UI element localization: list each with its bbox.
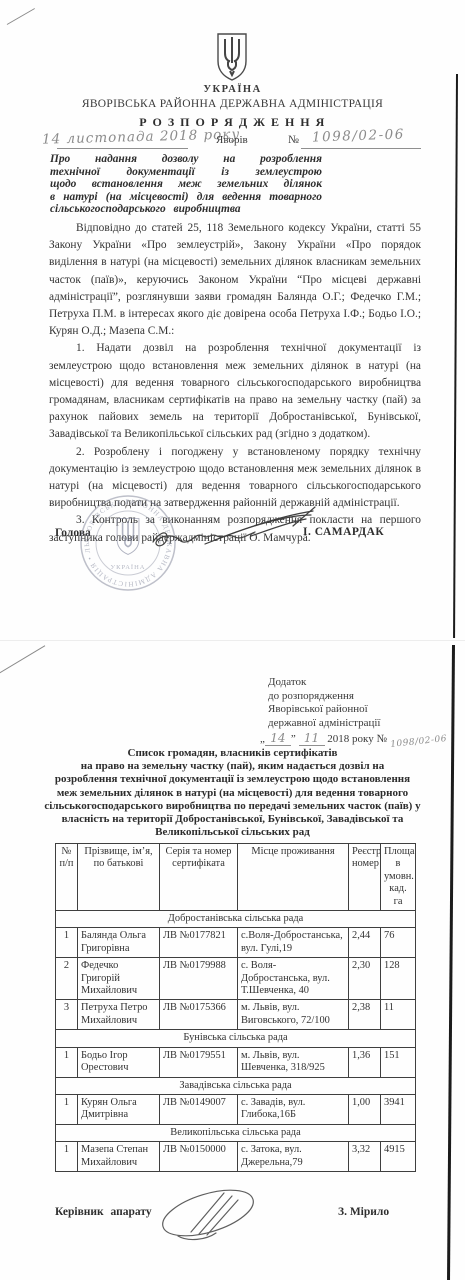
appendix-day: 14 — [265, 731, 291, 746]
paragraph-item-1: 1. Надати дозвіл на розроблення технічно… — [49, 340, 421, 443]
cell-num: 3 — [56, 1000, 78, 1030]
cell-cert: ЛВ №0175366 — [160, 1000, 238, 1030]
list-title-line: власність на території Добростанівської,… — [25, 813, 440, 826]
list-title-line: на право на земельну частку (пай), яким … — [25, 760, 440, 773]
appendix-line: до розпорядження — [268, 690, 381, 704]
footer-signer-name: З. Мірило — [338, 1206, 389, 1218]
page-separator — [0, 640, 465, 641]
cell-cert: ЛВ №0177821 — [160, 928, 238, 958]
appendix-date-line: „14” 11 2018 року № 1098/02-06 — [260, 731, 447, 746]
cell-num: 2 — [56, 958, 78, 1000]
cell-area: 4915 — [381, 1142, 416, 1172]
date-underline — [57, 148, 188, 149]
section-row: Завадівська сільська рада — [56, 1077, 416, 1094]
section-row: Великопільська сільська рада — [56, 1124, 416, 1141]
cell-cert: ЛВ №0150000 — [160, 1142, 238, 1172]
cell-area: 11 — [381, 1000, 416, 1030]
list-title-line: меж земельних ділянок в натурі (на місце… — [25, 787, 440, 800]
fold-mark-top — [7, 8, 35, 25]
cell-cert: ЛВ №0179988 — [160, 958, 238, 1000]
col-header-reg: Реєстр. номер — [349, 844, 381, 911]
paragraph-preamble: Відповідно до статей 25, 118 Земельного … — [49, 220, 421, 340]
cell-cert: ЛВ №0149007 — [160, 1094, 238, 1124]
signer-name: І. САМАРДАК — [303, 526, 384, 538]
table-row: 1 Мазепа Степан Михайлович ЛВ №0150000 с… — [56, 1142, 416, 1172]
administration-name: ЯВОРІВСЬКА РАЙОННА ДЕРЖАВНА АДМІНІСТРАЦІ… — [0, 98, 465, 110]
col-header-num: № п/п — [56, 844, 78, 911]
table-row: 1 Балянда Ольга Григорівна ЛВ №0177821 с… — [56, 928, 416, 958]
cell-area: 128 — [381, 958, 416, 1000]
coat-of-arms-icon — [214, 32, 250, 82]
cell-reg: 1,00 — [349, 1094, 381, 1124]
cell-reg: 1,36 — [349, 1047, 381, 1077]
section-name: Завадівська сільська рада — [56, 1077, 416, 1094]
appendix-line: Яворівської районної — [268, 703, 381, 717]
cell-address: с. Затока, вул. Джерельна,79 — [238, 1142, 349, 1172]
section-name: Бунівська сільська рада — [56, 1030, 416, 1047]
table-row: 3 Петруха Петро Михайлович ЛВ №0175366 м… — [56, 1000, 416, 1030]
number-label: № — [288, 134, 299, 146]
order-title: Про надання дозволу на розроблення техні… — [50, 153, 322, 216]
list-title-line: Великопільської сільських рад — [25, 826, 440, 839]
order-title-line: щодо встановлення меж земельних ділянок — [50, 178, 322, 191]
cell-address: с. Завадів, вул. Глибока,16Б — [238, 1094, 349, 1124]
section-row: Добростанівська сільська рада — [56, 911, 416, 928]
table-header-row: № п/п Прізвище, ім’я, по батькові Серія … — [56, 844, 416, 911]
cell-address: м. Львів, вул. Виговського, 72/100 — [238, 1000, 349, 1030]
cell-cert: ЛВ №0179551 — [160, 1047, 238, 1077]
order-title-line: сільськогосподарського виробництва — [50, 203, 322, 216]
col-header-name: Прізвище, ім’я, по батькові — [78, 844, 160, 911]
cell-num: 1 — [56, 1142, 78, 1172]
cell-reg: 2,38 — [349, 1000, 381, 1030]
cell-reg: 2,44 — [349, 928, 381, 958]
issue-city: Яворів — [216, 134, 248, 146]
table-row: 1 Бодьо Ігор Орестович ЛВ №0179551 м. Ль… — [56, 1047, 416, 1077]
appendix-line: державної адміністрації — [268, 717, 381, 731]
order-title-line: в натурі (на місцевості) для ведення тов… — [50, 191, 322, 204]
cell-reg: 3,32 — [349, 1142, 381, 1172]
cell-area: 151 — [381, 1047, 416, 1077]
list-title-line: розроблення технічної документації із зе… — [25, 773, 440, 786]
section-row: Бунівська сільська рада — [56, 1030, 416, 1047]
table-row: 1 Курян Ольга Дмитрівна ЛВ №0149007 с. З… — [56, 1094, 416, 1124]
list-title: Список громадян, власників сертифікатів … — [25, 747, 440, 839]
scan-edge-page2 — [447, 645, 455, 1280]
appendix-year: 2018 року № — [327, 733, 387, 745]
table-row: 2 Федечко Григорій Михайлович ЛВ №017998… — [56, 958, 416, 1000]
fold-mark-page2 — [0, 645, 45, 675]
number-underline — [301, 148, 421, 149]
list-title-line: сільськогосподарського виробництва по пе… — [25, 800, 440, 813]
order-title-line: технічної документації із землеустрою — [50, 166, 322, 179]
cell-num: 1 — [56, 928, 78, 958]
cell-address: с.Воля-Добростанська, вул. Гулі,19 — [238, 928, 349, 958]
appendix-month: 11 — [299, 731, 325, 746]
country-name: УКРАЇНА — [0, 84, 465, 95]
cell-name: Балянда Ольга Григорівна — [78, 928, 160, 958]
list-title-line: Список громадян, власників сертифікатів — [25, 747, 440, 760]
stamp-inner-text: УКРАЇНА — [111, 564, 146, 571]
cell-name: Бодьо Ігор Орестович — [78, 1047, 160, 1077]
cell-name: Курян Ольга Дмитрівна — [78, 1094, 160, 1124]
handwritten-oval-signature — [148, 1180, 268, 1250]
col-header-area: Площа в умовн. кад. га — [381, 844, 416, 911]
section-name: Великопільська сільська рада — [56, 1124, 416, 1141]
handwritten-signature — [143, 502, 323, 554]
cell-address: м. Львів, вул. Шевченка, 318/925 — [238, 1047, 349, 1077]
cell-name: Мазепа Степан Михайлович — [78, 1142, 160, 1172]
handwritten-number: 1098/02-06 — [312, 126, 405, 145]
col-header-cert: Серія та номер сертифіката — [160, 844, 238, 911]
cell-name: Федечко Григорій Михайлович — [78, 958, 160, 1000]
quote-close: ” — [291, 733, 296, 745]
cell-num: 1 — [56, 1047, 78, 1077]
cell-address: с. Воля-Добростанська, вул. Т.Шевченка, … — [238, 958, 349, 1000]
appendix-header: Додаток до розпорядження Яворівської рай… — [268, 676, 381, 730]
cell-area: 76 — [381, 928, 416, 958]
cell-reg: 2,30 — [349, 958, 381, 1000]
cell-name: Петруха Петро Михайлович — [78, 1000, 160, 1030]
scan-edge-page1 — [453, 74, 458, 638]
scanned-document: УКРАЇНА ЯВОРІВСЬКА РАЙОННА ДЕРЖАВНА АДМІ… — [0, 0, 465, 1280]
order-title-line: Про надання дозволу на розроблення — [50, 153, 322, 166]
cell-num: 1 — [56, 1094, 78, 1124]
section-name: Добростанівська сільська рада — [56, 911, 416, 928]
footer-position: Керівник апарату — [55, 1206, 152, 1218]
col-header-address: Місце проживання — [238, 844, 349, 911]
cell-area: 3941 — [381, 1094, 416, 1124]
certificates-table: № п/п Прізвище, ім’я, по батькові Серія … — [55, 843, 416, 1172]
appendix-line: Додаток — [268, 676, 381, 690]
